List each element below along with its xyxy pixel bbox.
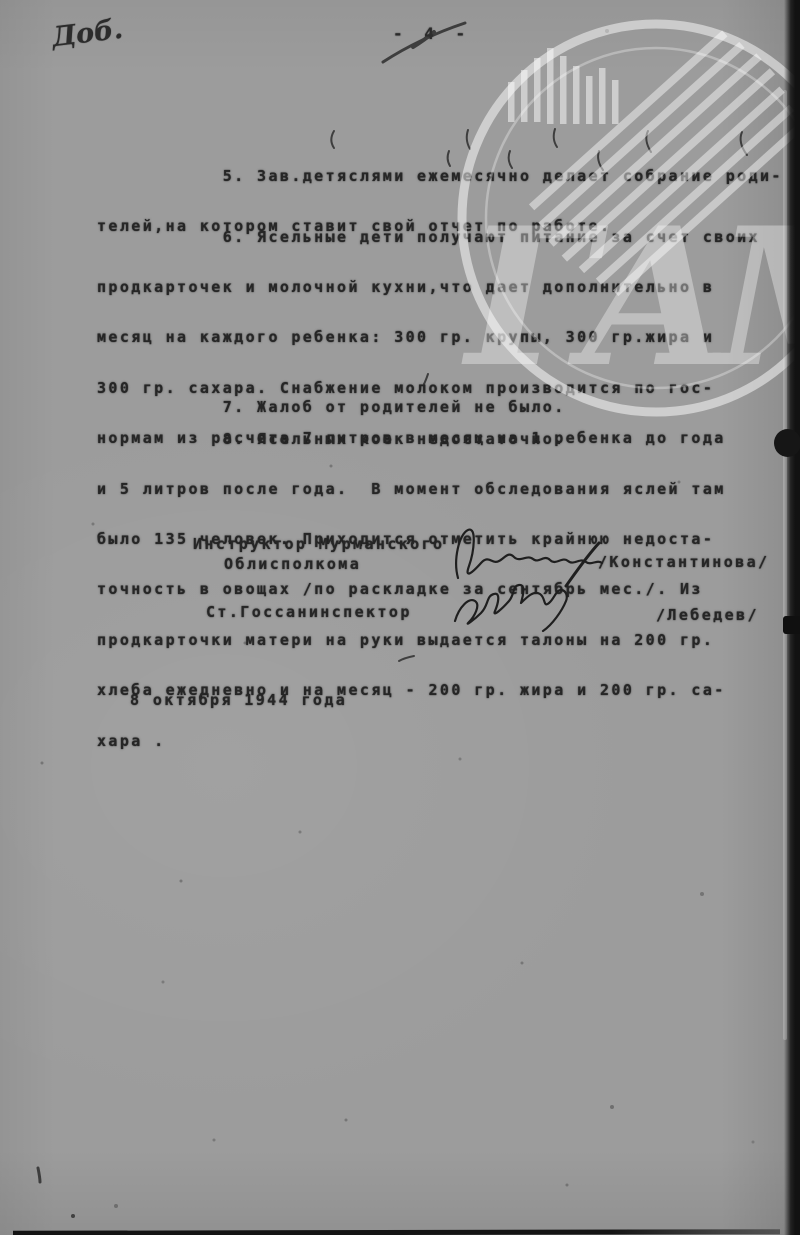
edge-notch (783, 616, 800, 634)
page-number: - 4 - (393, 24, 471, 43)
typed-line: продкарточки матери на руки выдается тал… (97, 632, 760, 649)
paper-edge-highlight (783, 90, 787, 1040)
typed-line: месяц на каждого ребенка: 300 гр. крупы,… (97, 329, 760, 346)
typed-line: точность в овощах /по раскладке за сентя… (97, 581, 760, 598)
paper-speckles (0, 0, 2, 2)
typed-line: хара . (97, 733, 760, 750)
typed-line: продкарточек и молочной кухни,что дает д… (97, 279, 760, 296)
typed-line: 300 гр. сахара. Снабжение молоком произв… (97, 380, 760, 397)
scan-edge-bottom (13, 1229, 780, 1235)
paragraph-8: 8. Ясельных коек недостаточно. (97, 431, 566, 448)
signatory-name-2: /Лебедев/ (656, 607, 759, 624)
typed-line: 6. Ясельные дети получают питание за сче… (97, 229, 760, 246)
scanned-document-page: Доб. - 4 - 5. Зав.детяслями ежемесячно д… (0, 0, 800, 1235)
date-line: 8 октября 1944 года (130, 692, 347, 709)
handwritten-note: Доб. (50, 14, 124, 53)
binder-hole-shadow (774, 429, 800, 457)
typed-line: и 5 литров после года. В момент обследов… (97, 481, 760, 498)
signatory-name-1: /Константинова/ (598, 554, 769, 571)
signatory-role-2: Ст.Госсанинспектор (206, 604, 412, 621)
watermark-bars (508, 48, 619, 124)
paragraph-7: 7. Жалоб от родителей не было. (97, 399, 566, 416)
typed-line: 5. Зав.детяслями ежемесячно делает собра… (97, 168, 783, 185)
signatory-role-1-line-1: Инструктор Мурманского (193, 536, 444, 553)
signatory-role-1-line-2: Облисполкома (224, 556, 361, 573)
